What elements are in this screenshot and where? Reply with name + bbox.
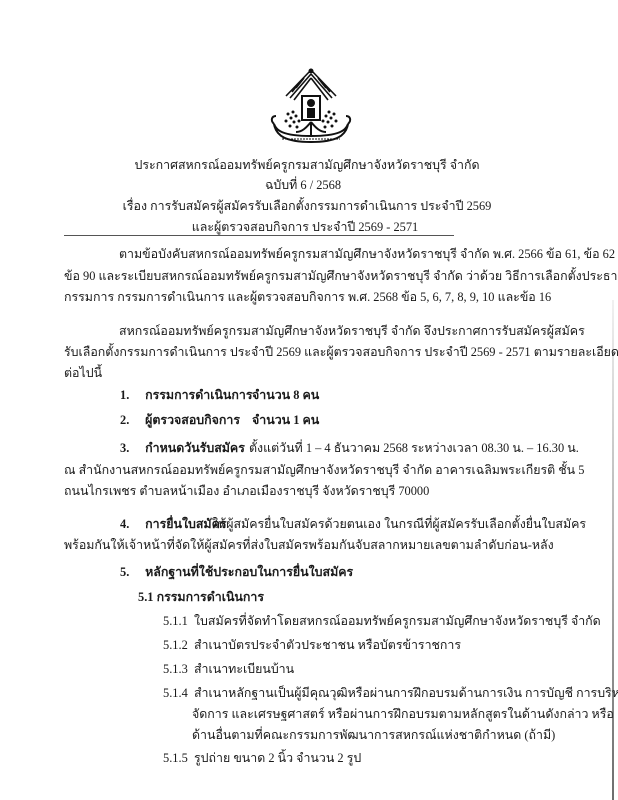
item-1-label: กรรมการดำเนินการ	[145, 388, 252, 402]
header-divider	[64, 235, 454, 236]
item-3-number: 3.	[120, 441, 142, 456]
announcement-issue: ฉบับที่ 6 / 2568	[0, 176, 612, 195]
item-5-1-5-number: 5.1.5	[163, 751, 188, 765]
item-1-number: 1.	[120, 388, 142, 403]
para2-line1: สหกรณ์ออมทรัพย์ครูกรมสามัญศึกษาจังหวัดรา…	[119, 322, 585, 341]
item-5-1-1-number: 5.1.1	[163, 614, 188, 628]
item-2-value: จำนวน 1 คน	[252, 411, 319, 430]
announcement-title: ประกาศสหกรณ์ออมทรัพย์ครูกรมสามัญศึกษาจัง…	[0, 156, 616, 175]
item-5-1-5: 5.1.5 รูปถ่าย ขนาด 2 นิ้ว จำนวน 2 รูป	[163, 749, 361, 768]
item-5-1-3-number: 5.1.3	[163, 662, 188, 676]
item-5-1-4: 5.1.4 สำเนาหลักฐานเป็นผู้มีคุณวุฒิหรือผ่…	[163, 684, 618, 703]
item-5-1: 5.1 กรรมการดำเนินการ	[138, 588, 264, 607]
item-5-1-4-text-line1: สำเนาหลักฐานเป็นผู้มีคุณวุฒิหรือผ่านการฝ…	[194, 686, 618, 700]
announcement-subject-line1: เรื่อง การรับสมัครผู้สมัครรับเลือกตั้งกร…	[0, 197, 616, 216]
item-1-value: จำนวน 8 คน	[252, 386, 319, 405]
item-5-1-2-text: สำเนาบัตรประจำตัวประชาชน หรือบัตรข้าราชก…	[194, 638, 461, 652]
item-5: 5. หลักฐานที่ใช้ประกอบในการยื่นใบสมัคร	[120, 563, 353, 582]
item-4-text: ให้ผู้สมัครยื่นใบสมัครด้วยตนเอง ในกรณีที…	[212, 515, 586, 534]
para1-line1: ตามข้อบังคับสหกรณ์ออมทรัพย์ครูกรมสามัญศึ…	[119, 245, 615, 264]
item-5-1-2-number: 5.1.2	[163, 638, 188, 652]
item-2-label: ผู้ตรวจสอบกิจการ	[145, 413, 240, 427]
cooperative-emblem-icon	[266, 66, 356, 156]
item-5-1-4-text-line2: จัดการ และเศรษฐศาสตร์ หรือผ่านการฝึกอบรม…	[192, 705, 614, 724]
item-5-1-1: 5.1.1 ใบสมัครที่จัดทำโดยสหกรณ์ออมทรัพย์ค…	[163, 612, 601, 631]
item-5-1-4-text-line3: ด้านอื่นตามที่คณะกรรมการพัฒนาการสหกรณ์แห…	[192, 726, 555, 745]
item-4-number: 4.	[120, 517, 142, 532]
item-2-number: 2.	[120, 413, 142, 428]
scan-edge-shadow	[612, 300, 614, 800]
item-5-label: หลักฐานที่ใช้ประกอบในการยื่นใบสมัคร	[145, 565, 353, 579]
item-2: 2. ผู้ตรวจสอบกิจการ	[120, 411, 240, 430]
item-3-text: ตั้งแต่วันที่ 1 – 4 ธันวาคม 2568 ระหว่าง…	[249, 439, 579, 458]
para2-line3: ต่อไปนี้	[64, 364, 102, 383]
item-3-line3: ถนนไกรเพชร ตำบลหน้าเมือง อำเภอเมืองราชบุ…	[64, 482, 429, 501]
item-5-1-1-text: ใบสมัครที่จัดทำโดยสหกรณ์ออมทรัพย์ครูกรมส…	[194, 614, 601, 628]
para1-line3: กรรมการ กรรมการดำเนินการ และผู้ตรวจสอบกิ…	[64, 288, 551, 307]
item-5-number: 5.	[120, 565, 142, 580]
item-5-1-label: กรรมการดำเนินการ	[157, 590, 264, 604]
item-5-1-4-number: 5.1.4	[163, 686, 188, 700]
item-3-line2: ณ สำนักงานสหกรณ์ออมทรัพย์ครูกรมสามัญศึกษ…	[64, 461, 584, 480]
item-5-1-5-text: รูปถ่าย ขนาด 2 นิ้ว จำนวน 2 รูป	[194, 751, 361, 765]
item-5-1-2: 5.1.2 สำเนาบัตรประจำตัวประชาชน หรือบัตรข…	[163, 636, 461, 655]
item-4: 4. การยื่นใบสมัคร	[120, 515, 227, 534]
item-3: 3. กำหนดวันรับสมัคร	[120, 439, 245, 458]
item-3-label: กำหนดวันรับสมัคร	[145, 441, 245, 455]
para2-line2: รับเลือกตั้งกรรมการดำเนินการ ประจำปี 256…	[64, 343, 618, 362]
item-5-1-number: 5.1	[138, 590, 154, 604]
item-1: 1. กรรมการดำเนินการ	[120, 386, 253, 405]
item-5-1-3-text: สำเนาทะเบียนบ้าน	[194, 662, 294, 676]
para1-line2: ข้อ 90 และระเบียบสหกรณ์ออมทรัพย์ครูกรมสา…	[64, 267, 618, 286]
document-page: ประกาศสหกรณ์ออมทรัพย์ครูกรมสามัญศึกษาจัง…	[0, 0, 618, 800]
item-4-line2: พร้อมกันให้เจ้าหน้าที่จัดให้ผู้สมัครที่ส…	[64, 536, 554, 555]
item-5-1-3: 5.1.3 สำเนาทะเบียนบ้าน	[163, 660, 294, 679]
